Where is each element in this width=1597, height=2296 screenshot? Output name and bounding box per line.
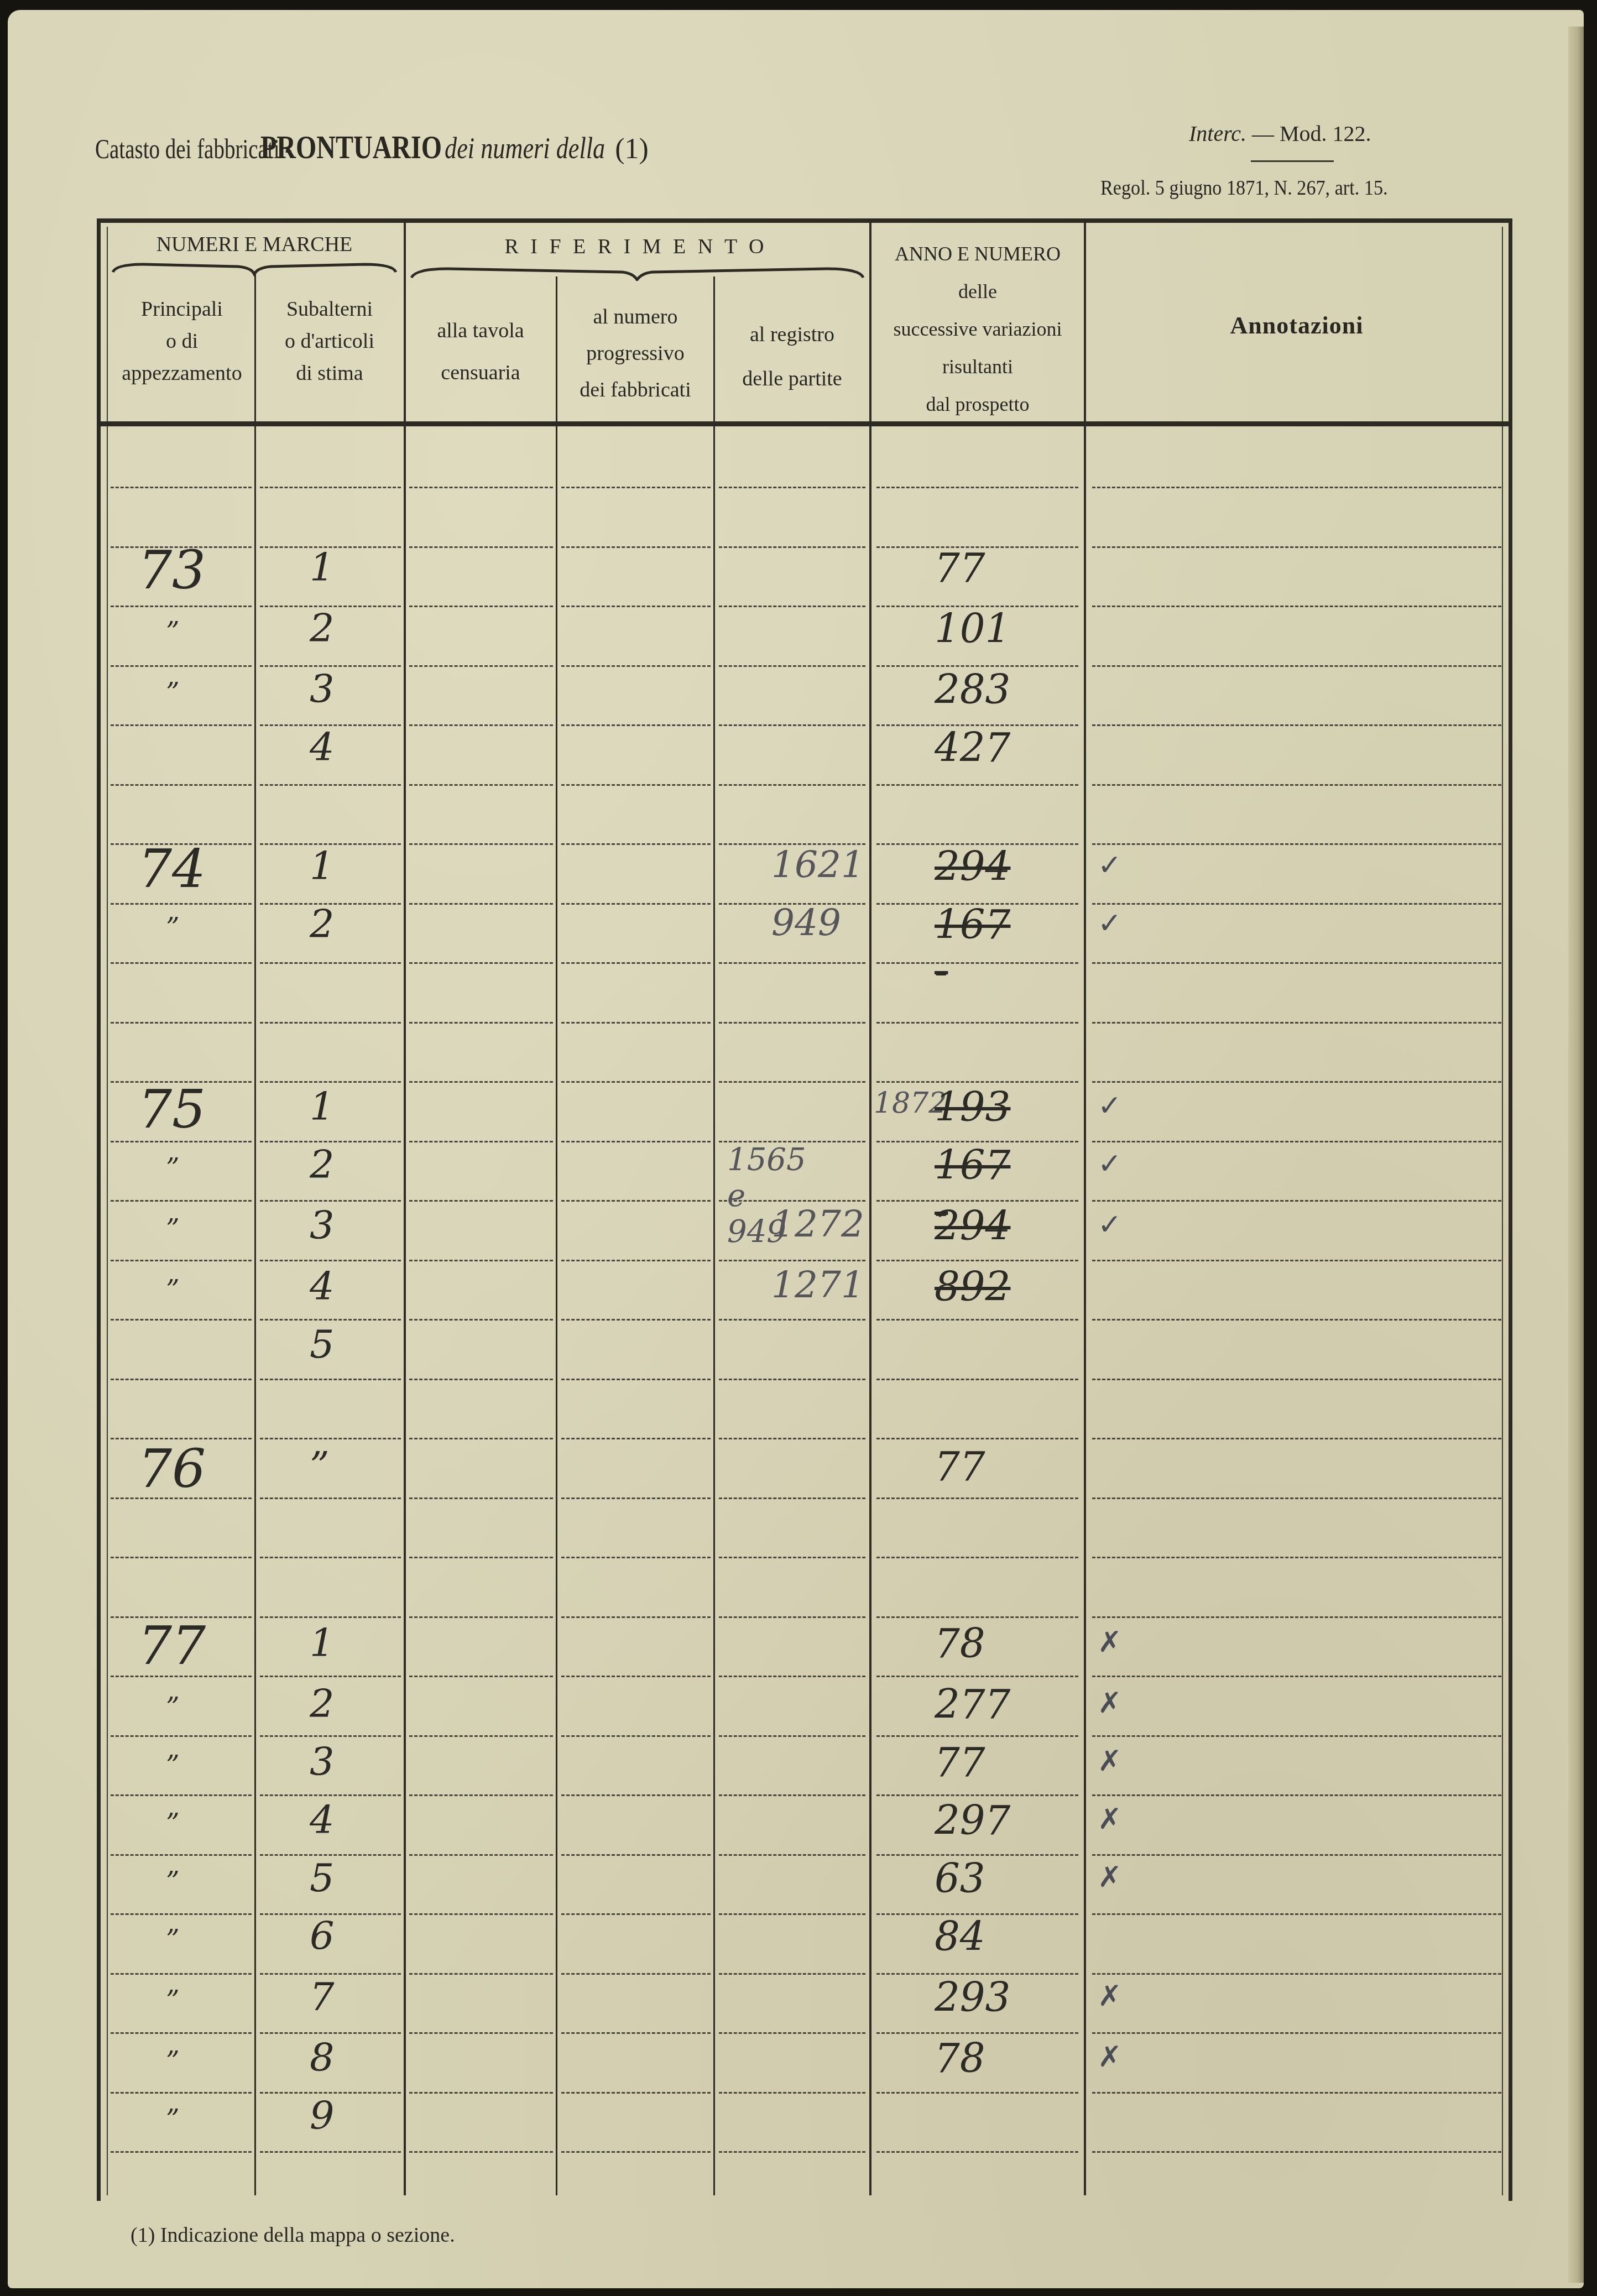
row-rule bbox=[409, 1676, 553, 1677]
row-rule bbox=[876, 2092, 1078, 2094]
row-rule bbox=[719, 1319, 865, 1321]
row-rule bbox=[561, 1794, 711, 1796]
row-rule bbox=[561, 1200, 711, 1202]
row-rule bbox=[1092, 1676, 1501, 1677]
cell-anno-numero: 101 bbox=[935, 606, 1010, 652]
row-rule bbox=[561, 784, 711, 786]
cell-anno-numero: 293 bbox=[935, 1974, 1010, 2021]
row-rule bbox=[409, 2032, 553, 2034]
row-rule bbox=[561, 1676, 711, 1677]
row-rule bbox=[1092, 1497, 1501, 1499]
row-rule bbox=[409, 1497, 553, 1499]
row-rule bbox=[409, 1913, 553, 1915]
cell-principale: ” bbox=[166, 1692, 180, 1723]
row-rule bbox=[111, 1854, 252, 1856]
row-rule bbox=[260, 487, 401, 488]
row-rule bbox=[409, 1022, 553, 1024]
row-rule bbox=[876, 2151, 1078, 2153]
cell-anno-numero: 297 bbox=[935, 1797, 1010, 1844]
cell-principale: ” bbox=[166, 1275, 180, 1306]
row-rule bbox=[561, 724, 711, 726]
row-rule bbox=[561, 1973, 711, 1975]
row-rule bbox=[561, 1616, 711, 1618]
cell-anno-numero: 77 bbox=[935, 1443, 985, 1490]
annotation-mark: ✓ bbox=[1098, 1208, 1122, 1241]
column-header-principali: Principali o di appezzamento bbox=[111, 293, 253, 389]
row-rule bbox=[409, 1616, 553, 1618]
row-rule bbox=[719, 1616, 865, 1618]
row-rule bbox=[876, 1735, 1078, 1737]
row-rule bbox=[1092, 2032, 1501, 2034]
cell-anno-numero: 78 bbox=[935, 1620, 985, 1667]
row-rule bbox=[260, 1497, 401, 1499]
page-title: Catasto dei fabbricati - PRONTUARIO dei … bbox=[95, 128, 649, 166]
row-rule bbox=[260, 962, 401, 964]
column-divider bbox=[713, 276, 715, 2195]
row-rule bbox=[409, 1141, 553, 1142]
row-rule bbox=[111, 2032, 252, 2034]
row-rule bbox=[561, 546, 711, 548]
annotation-mark: ✗ bbox=[1098, 1687, 1122, 1720]
cell-anno-numero: 427 bbox=[935, 724, 1010, 771]
row-rule bbox=[409, 1379, 553, 1380]
row-rule bbox=[111, 2151, 252, 2153]
cell-subalterno: 4 bbox=[310, 1797, 335, 1843]
cell-anno-numero: 63 bbox=[935, 1855, 985, 1902]
annotation-mark: ✓ bbox=[1098, 849, 1122, 882]
row-rule bbox=[561, 1319, 711, 1321]
cell-subalterno: 1 bbox=[310, 843, 335, 889]
row-rule bbox=[260, 1557, 401, 1558]
row-rule bbox=[409, 784, 553, 786]
row-rule bbox=[409, 1319, 553, 1321]
cell-principale: ” bbox=[166, 912, 180, 943]
cell-subalterno: ” bbox=[310, 1443, 330, 1489]
row-rule bbox=[719, 1022, 865, 1024]
row-rule bbox=[409, 487, 553, 488]
row-rule bbox=[719, 665, 865, 667]
column-divider bbox=[404, 221, 406, 2195]
row-rule bbox=[409, 724, 553, 726]
row-rule bbox=[1092, 1913, 1501, 1915]
model-prefix: Interc. bbox=[1189, 121, 1246, 146]
cell-subalterno: 8 bbox=[310, 2035, 335, 2080]
row-rule bbox=[561, 1379, 711, 1380]
annotation-mark: ✓ bbox=[1098, 1089, 1122, 1123]
cell-subalterno: 2 bbox=[310, 901, 335, 947]
row-rule bbox=[1092, 546, 1501, 548]
cell-anno-numero: 77 bbox=[935, 1739, 985, 1786]
row-rule bbox=[561, 2092, 711, 2094]
row-rule bbox=[561, 606, 711, 607]
row-rule bbox=[260, 1676, 401, 1677]
annotation-mark: ✗ bbox=[1098, 1803, 1122, 1836]
row-rule bbox=[1092, 1438, 1501, 1439]
cell-principale: ” bbox=[166, 677, 180, 708]
row-rule bbox=[719, 1854, 865, 1856]
brace-icon bbox=[111, 260, 398, 276]
cell-subalterno: 1 bbox=[310, 545, 335, 590]
row-rule bbox=[1092, 1794, 1501, 1796]
row-rule bbox=[1092, 1200, 1501, 1202]
title-note-ref: (1) bbox=[615, 133, 649, 165]
row-rule bbox=[561, 1081, 711, 1083]
row-rule bbox=[876, 1438, 1078, 1439]
cell-principale: ” bbox=[166, 1924, 180, 1955]
row-rule bbox=[561, 665, 711, 667]
row-rule bbox=[409, 1973, 553, 1975]
row-rule bbox=[409, 2151, 553, 2153]
row-rule bbox=[719, 2092, 865, 2094]
cell-principale: ” bbox=[166, 1985, 180, 2016]
cell-subalterno: 5 bbox=[310, 1855, 335, 1901]
cell-principale: 77 bbox=[138, 1615, 206, 1677]
row-rule bbox=[561, 903, 711, 905]
cell-anno-numero: 294 bbox=[935, 1203, 1010, 1249]
annotation-mark: ✗ bbox=[1098, 1980, 1122, 2013]
cell-principale: 73 bbox=[138, 539, 206, 601]
row-rule bbox=[719, 1735, 865, 1737]
page-edge bbox=[1568, 27, 1584, 2283]
row-rule bbox=[260, 1379, 401, 1380]
row-rule bbox=[111, 1557, 252, 1558]
row-rule bbox=[1092, 665, 1501, 667]
column-divider bbox=[556, 276, 557, 2195]
row-rule bbox=[409, 903, 553, 905]
cell-anno-numero: 294 bbox=[935, 843, 1010, 890]
row-rule bbox=[1092, 1319, 1501, 1321]
cell-principale: ” bbox=[166, 2046, 180, 2077]
row-rule bbox=[409, 1735, 553, 1737]
row-rule bbox=[1092, 1141, 1501, 1142]
row-rule bbox=[719, 546, 865, 548]
cell-principale: ” bbox=[166, 2104, 180, 2135]
row-rule bbox=[260, 1319, 401, 1321]
row-rule bbox=[1092, 1081, 1501, 1083]
row-rule bbox=[409, 1794, 553, 1796]
group-header-riferimento: R I F E R I M E N T O bbox=[409, 234, 863, 259]
row-rule bbox=[1092, 1260, 1501, 1261]
column-divider bbox=[1084, 221, 1086, 2195]
row-rule bbox=[111, 903, 252, 905]
column-divider bbox=[869, 221, 871, 2195]
row-rule bbox=[719, 2151, 865, 2153]
group-header-numeri-e-marche: NUMERI E MARCHE bbox=[111, 232, 398, 257]
row-rule bbox=[561, 1854, 711, 1856]
cell-subalterno: 3 bbox=[310, 1739, 335, 1784]
cell-principale: 75 bbox=[138, 1078, 206, 1140]
row-rule bbox=[111, 1973, 252, 1975]
cell-anno-numero: 84 bbox=[935, 1913, 985, 1960]
cell-subalterno: 6 bbox=[310, 1913, 335, 1959]
row-rule bbox=[1092, 1735, 1501, 1737]
row-rule bbox=[876, 1319, 1078, 1321]
row-rule bbox=[876, 1616, 1078, 1618]
cell-anno-numero: 892 bbox=[935, 1264, 1010, 1310]
row-rule bbox=[561, 1557, 711, 1558]
row-rule bbox=[719, 1379, 865, 1380]
row-rule bbox=[111, 724, 252, 726]
cell-anno-numero: 77 bbox=[935, 545, 985, 591]
cell-principale: ” bbox=[166, 1866, 180, 1897]
row-rule bbox=[409, 1854, 553, 1856]
row-rule bbox=[409, 606, 553, 607]
row-rule bbox=[409, 1200, 553, 1202]
cell-subalterno: 3 bbox=[310, 666, 335, 712]
cell-principale: ” bbox=[166, 1808, 180, 1839]
cell-subalterno: 2 bbox=[310, 1142, 335, 1187]
row-rule bbox=[719, 1081, 865, 1083]
cell-registro: 949 bbox=[771, 901, 841, 944]
row-rule bbox=[1092, 724, 1501, 726]
cell-principale: ” bbox=[166, 1153, 180, 1184]
row-rule bbox=[1092, 606, 1501, 607]
row-rule bbox=[1092, 843, 1501, 845]
column-divider bbox=[254, 271, 256, 2195]
row-rule bbox=[719, 962, 865, 964]
footnote: (1) Indicazione della mappa o sezione. bbox=[131, 2223, 455, 2247]
row-rule bbox=[260, 1081, 401, 1083]
cell-subalterno: 9 bbox=[310, 2093, 335, 2138]
row-rule bbox=[719, 2032, 865, 2034]
row-rule bbox=[719, 1794, 865, 1796]
cell-subalterno: 5 bbox=[310, 1322, 335, 1367]
annotation-mark: ✗ bbox=[1098, 2041, 1122, 2074]
row-rule bbox=[1092, 962, 1501, 964]
cell-subalterno: 7 bbox=[310, 1974, 335, 2020]
row-rule bbox=[1092, 487, 1501, 488]
row-rule bbox=[719, 1260, 865, 1261]
row-rule bbox=[561, 1260, 711, 1261]
regulation-reference: Regol. 5 giugno 1871, N. 267, art. 15. bbox=[1100, 176, 1388, 200]
row-rule bbox=[719, 1497, 865, 1499]
cell-subalterno: 1 bbox=[310, 1084, 335, 1129]
cell-principale: ” bbox=[166, 1214, 180, 1245]
cell-anno-numero: 78 bbox=[935, 2035, 985, 2081]
row-rule bbox=[111, 665, 252, 667]
row-rule bbox=[260, 1022, 401, 1024]
row-rule bbox=[561, 843, 711, 845]
row-rule bbox=[719, 1557, 865, 1558]
row-rule bbox=[719, 1973, 865, 1975]
row-rule bbox=[409, 665, 553, 667]
row-rule bbox=[1092, 2151, 1501, 2153]
row-rule bbox=[876, 1260, 1078, 1261]
row-rule bbox=[876, 784, 1078, 786]
cell-subalterno: 3 bbox=[310, 1203, 335, 1248]
row-rule bbox=[561, 1497, 711, 1499]
cell-subalterno: 1 bbox=[310, 1620, 335, 1666]
annotation-mark: ✗ bbox=[1098, 1626, 1122, 1659]
cell-principale: 76 bbox=[138, 1438, 206, 1500]
column-header-anno-numero: ANNO E NUMERO delle successive variazion… bbox=[873, 235, 1083, 423]
cell-anno-numero: 193 bbox=[935, 1084, 1010, 1130]
row-rule bbox=[260, 1616, 401, 1618]
row-rule bbox=[719, 487, 865, 488]
column-header-registro: al registro delle partite bbox=[716, 312, 868, 401]
row-rule bbox=[876, 1379, 1078, 1380]
row-rule bbox=[876, 1497, 1078, 1499]
row-rule bbox=[111, 1200, 252, 1202]
row-rule bbox=[260, 1200, 401, 1202]
row-rule bbox=[719, 784, 865, 786]
row-rule bbox=[260, 2032, 401, 2034]
row-rule bbox=[260, 784, 401, 786]
row-rule bbox=[409, 1557, 553, 1558]
row-rule bbox=[111, 2092, 252, 2094]
row-rule bbox=[876, 1557, 1078, 1558]
row-rule bbox=[876, 2032, 1078, 2034]
row-rule bbox=[111, 1735, 252, 1737]
model-rule bbox=[1251, 160, 1334, 162]
row-rule bbox=[409, 546, 553, 548]
annotation-mark: ✓ bbox=[1098, 907, 1122, 940]
row-rule bbox=[1092, 2092, 1501, 2094]
row-rule bbox=[719, 1438, 865, 1439]
row-rule bbox=[561, 1141, 711, 1142]
row-rule bbox=[561, 1438, 711, 1439]
row-rule bbox=[561, 2151, 711, 2153]
row-rule bbox=[409, 1438, 553, 1439]
cell-registro: 1621 bbox=[771, 843, 864, 886]
column-header-progressivo: al numero progressivo dei fabbricati bbox=[559, 299, 712, 408]
row-rule bbox=[1092, 1616, 1501, 1618]
row-rule bbox=[561, 962, 711, 964]
row-rule bbox=[111, 1379, 252, 1380]
cell-subalterno: 4 bbox=[310, 1264, 335, 1309]
header-divider bbox=[97, 421, 1512, 426]
cell-registro: 1272 bbox=[771, 1203, 864, 1245]
annotation-mark: ✓ bbox=[1098, 1147, 1122, 1181]
row-rule bbox=[1092, 1973, 1501, 1975]
cell-anno-numero: 277 bbox=[935, 1681, 1010, 1728]
title-italic: dei numeri della bbox=[445, 131, 605, 165]
row-rule bbox=[111, 784, 252, 786]
row-rule bbox=[1092, 1557, 1501, 1558]
row-rule bbox=[260, 1438, 401, 1439]
row-rule bbox=[260, 1735, 401, 1737]
row-rule bbox=[111, 606, 252, 607]
row-rule bbox=[409, 2092, 553, 2094]
row-rule bbox=[260, 2151, 401, 2153]
row-rule bbox=[561, 1022, 711, 1024]
cell-anno-numero: 283 bbox=[935, 666, 1010, 713]
brace-icon bbox=[409, 264, 865, 281]
row-rule bbox=[1092, 1022, 1501, 1024]
row-rule bbox=[111, 487, 252, 488]
row-rule bbox=[561, 1735, 711, 1737]
annotation-mark: ✗ bbox=[1098, 1745, 1122, 1778]
annotation-mark: ✗ bbox=[1098, 1861, 1122, 1894]
row-rule bbox=[260, 1260, 401, 1261]
row-rule bbox=[876, 1022, 1078, 1024]
row-rule bbox=[409, 1260, 553, 1261]
row-rule bbox=[409, 962, 553, 964]
row-rule bbox=[111, 1794, 252, 1796]
row-rule bbox=[719, 1676, 865, 1677]
row-rule bbox=[111, 1319, 252, 1321]
cell-principale: ” bbox=[166, 617, 180, 648]
row-rule bbox=[719, 1913, 865, 1915]
column-header-annotazioni: Annotazioni bbox=[1087, 310, 1507, 342]
row-rule bbox=[719, 606, 865, 607]
cell-subalterno: 2 bbox=[310, 1681, 335, 1726]
row-rule bbox=[561, 487, 711, 488]
row-rule bbox=[111, 1022, 252, 1024]
cell-principale: 74 bbox=[138, 838, 206, 900]
row-rule bbox=[1092, 1854, 1501, 1856]
row-rule bbox=[876, 1794, 1078, 1796]
model-number: Interc. — Mod. 122. bbox=[1189, 121, 1371, 147]
title-main: PRONTUARIO bbox=[260, 128, 442, 166]
row-rule bbox=[111, 1913, 252, 1915]
row-rule bbox=[409, 843, 553, 845]
row-rule bbox=[719, 724, 865, 726]
row-rule bbox=[111, 1260, 252, 1261]
row-rule bbox=[260, 1794, 401, 1796]
row-rule bbox=[1092, 784, 1501, 786]
row-rule bbox=[876, 1081, 1078, 1083]
row-rule bbox=[1092, 903, 1501, 905]
cell-registro: 1271 bbox=[771, 1264, 864, 1306]
column-header-tavola: alla tavola censuaria bbox=[406, 310, 555, 394]
row-rule bbox=[409, 1081, 553, 1083]
row-rule bbox=[561, 2032, 711, 2034]
cell-anno-numero: 167 - bbox=[935, 901, 1010, 994]
cell-subalterno: 4 bbox=[310, 724, 335, 770]
column-header-subalterni: Subalterni o d'articoli di stima bbox=[257, 293, 402, 389]
cell-subalterno: 2 bbox=[310, 606, 335, 651]
row-rule bbox=[876, 1676, 1078, 1677]
row-rule bbox=[111, 1141, 252, 1142]
model-label: — Mod. 122. bbox=[1252, 121, 1371, 146]
row-rule bbox=[876, 487, 1078, 488]
row-rule bbox=[561, 1913, 711, 1915]
row-rule bbox=[111, 962, 252, 964]
row-rule bbox=[1092, 1379, 1501, 1380]
cell-principale: ” bbox=[166, 1750, 180, 1781]
